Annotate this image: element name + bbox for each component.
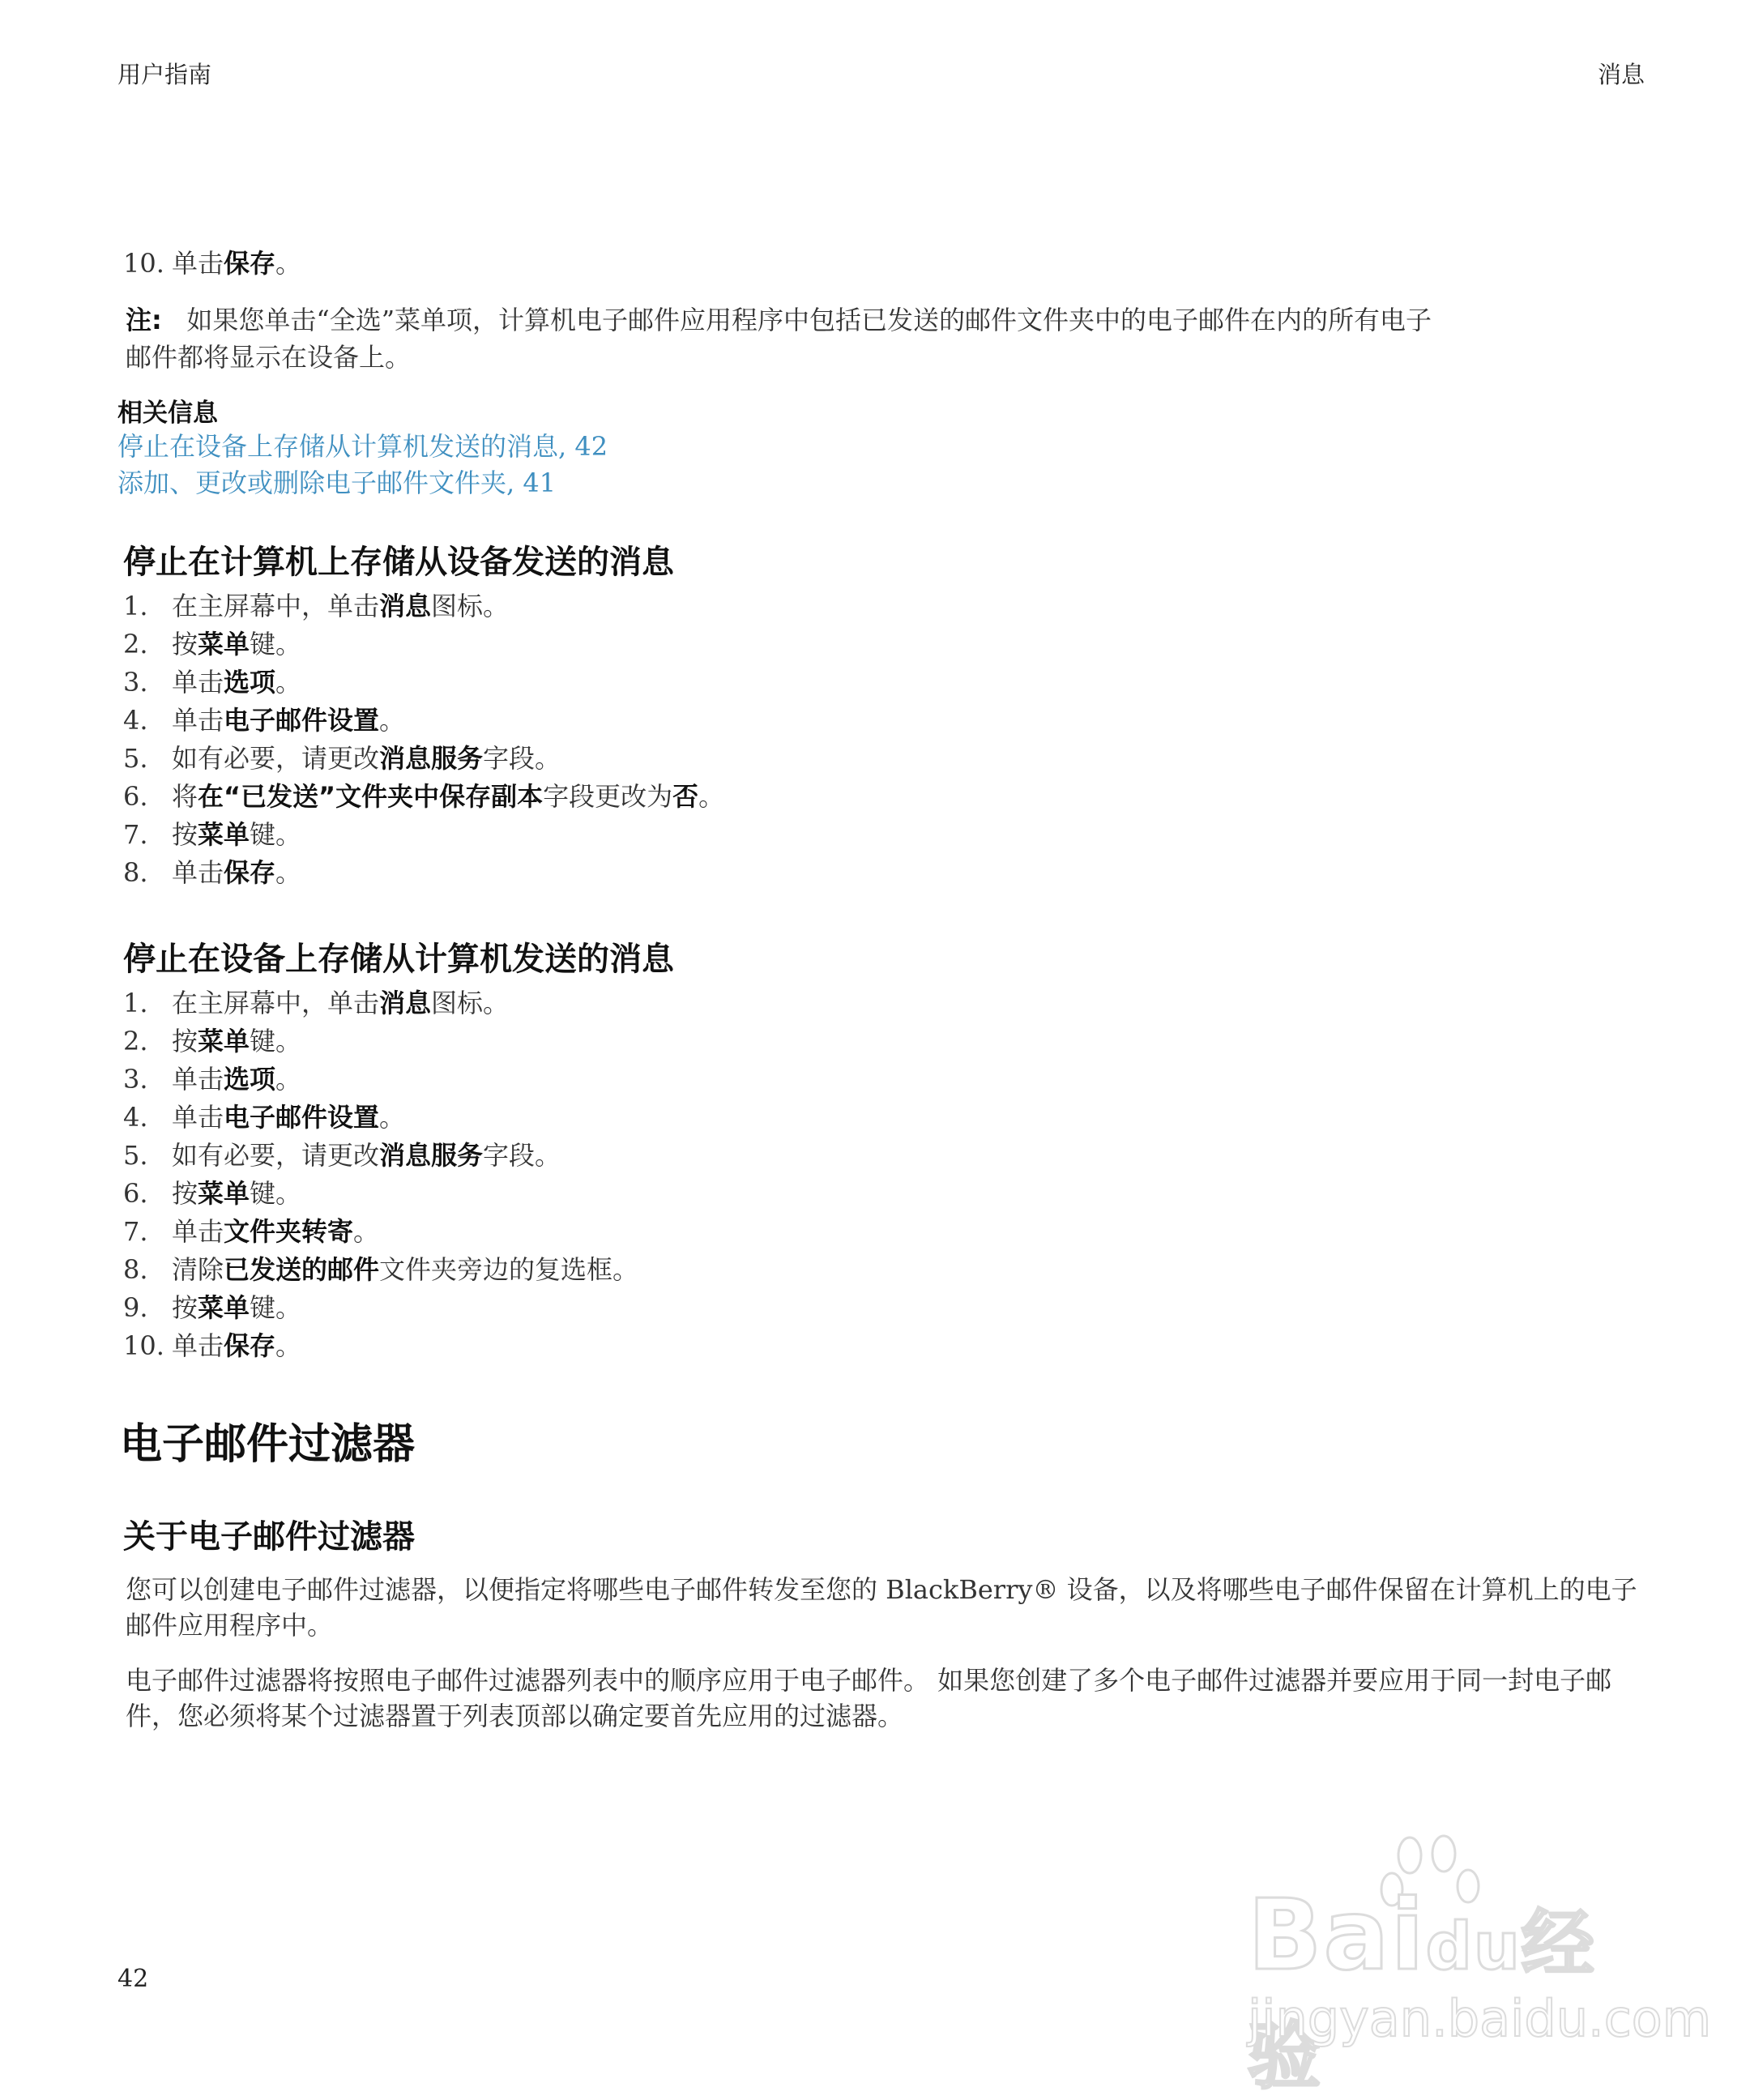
step-text: 键。 xyxy=(250,1178,301,1209)
step-text: 。 xyxy=(275,1064,301,1095)
running-header-right: 消息 xyxy=(1598,57,1645,90)
ui-term: 消息服务 xyxy=(379,743,483,774)
ui-term: 文件夹转寄 xyxy=(224,1216,353,1247)
step-number: 8. xyxy=(123,854,172,891)
ui-term: 电子邮件设置 xyxy=(224,1102,379,1133)
step-text: 单击 xyxy=(172,1102,224,1133)
ui-term: 菜单 xyxy=(198,1178,250,1209)
ui-term: 电子邮件设置 xyxy=(224,705,379,736)
step-number: 10. xyxy=(123,1327,172,1364)
ui-term: 在“已发送”文件夹中保存副本 xyxy=(198,781,543,812)
step-text: 单击 xyxy=(172,667,224,698)
step-item: 10.单击保存。 xyxy=(123,1327,301,1364)
ui-term: 保存 xyxy=(224,1330,275,1361)
step-text: 文件夹旁边的复选框。 xyxy=(379,1254,638,1285)
step-text: 如有必要，请更改 xyxy=(172,743,379,774)
step-text: 单击 xyxy=(172,1064,224,1095)
note: 注: 如果您单击“全选”菜单项，计算机电子邮件应用程序中包括已发送的邮件文件夹中… xyxy=(126,301,1649,376)
step-number: 1. xyxy=(123,587,172,625)
step-item: 9.按菜单键。 xyxy=(123,1289,301,1326)
related-info-title: 相关信息 xyxy=(117,392,218,429)
step-text: 字段。 xyxy=(483,1140,561,1171)
note-label: 注: xyxy=(126,305,162,335)
related-link-stop-on-device[interactable]: 停止在设备上存储从计算机发送的消息, 42 xyxy=(117,426,608,463)
step-item: 1.在主屏幕中，单击消息图标。 xyxy=(123,984,509,1022)
step-text: 。 xyxy=(275,667,301,698)
step-text: 键。 xyxy=(250,1292,301,1323)
step-item: 5.如有必要，请更改消息服务字段。 xyxy=(123,1137,561,1174)
step-text: 按 xyxy=(172,1178,198,1209)
step-text: 。 xyxy=(353,1216,379,1247)
step-number: 5. xyxy=(123,1137,172,1174)
step-text: 键。 xyxy=(250,819,301,850)
ui-term: 菜单 xyxy=(198,1026,250,1056)
step-text: 在主屏幕中，单击 xyxy=(172,591,379,621)
running-header-left: 用户指南 xyxy=(117,57,211,90)
step-text: 图标。 xyxy=(431,591,509,621)
step-item: 1.在主屏幕中，单击消息图标。 xyxy=(123,587,509,625)
step-text: 按 xyxy=(172,1292,198,1323)
step-item: 6.按菜单键。 xyxy=(123,1175,301,1212)
step-text: 字段。 xyxy=(483,743,561,774)
step-item: 7.按菜单键。 xyxy=(123,816,301,853)
step-text: 在主屏幕中，单击 xyxy=(172,988,379,1018)
step-text: 。 xyxy=(698,781,724,812)
step-text: 。 xyxy=(379,705,405,736)
step-number: 7. xyxy=(123,1213,172,1250)
chapter-title-email-filters: 电子邮件过滤器 xyxy=(120,1410,415,1470)
step-text: 单击 xyxy=(172,705,224,736)
step-item: 8.清除已发送的邮件文件夹旁边的复选框。 xyxy=(123,1251,638,1288)
step-number: 3. xyxy=(123,664,172,701)
ui-term: 已发送的邮件 xyxy=(224,1254,379,1285)
step-number: 8. xyxy=(123,1251,172,1288)
step-number: 2. xyxy=(123,625,172,663)
step-item: 7.单击文件夹转寄。 xyxy=(123,1213,379,1250)
step-text: 。 xyxy=(379,1102,405,1133)
ui-term: 消息服务 xyxy=(379,1140,483,1171)
step-text: 按 xyxy=(172,819,198,850)
step-item: 3.单击选项。 xyxy=(123,1061,301,1098)
step-text: 按 xyxy=(172,629,198,659)
step-item: 8.单击保存。 xyxy=(123,854,301,891)
final-step-save: 10.单击保存。 xyxy=(123,245,301,282)
step-number: 6. xyxy=(123,1175,172,1212)
ui-term: 否 xyxy=(672,781,698,812)
step-item: 4.单击电子邮件设置。 xyxy=(123,1099,405,1136)
step-number: 2. xyxy=(123,1022,172,1060)
step-text: 单击 xyxy=(172,1330,224,1361)
step-item: 2.按菜单键。 xyxy=(123,625,301,663)
paragraph-about-1: 您可以创建电子邮件过滤器，以便指定将哪些电子邮件转发至您的 BlackBerry… xyxy=(126,1572,1641,1643)
page-number: 42 xyxy=(117,1965,148,1993)
ui-term: 菜单 xyxy=(198,819,250,850)
step-text: 按 xyxy=(172,1026,198,1056)
step-item: 5.如有必要，请更改消息服务字段。 xyxy=(123,740,561,777)
step-number: 7. xyxy=(123,816,172,853)
step-text: 图标。 xyxy=(431,988,509,1018)
step-item: 3.单击选项。 xyxy=(123,664,301,701)
step-number: 6. xyxy=(123,778,172,815)
ui-term: 选项 xyxy=(224,667,275,698)
step-number: 3. xyxy=(123,1061,172,1098)
step-number: 10. xyxy=(123,245,172,282)
step-text: 如有必要，请更改 xyxy=(172,1140,379,1171)
ui-term: 菜单 xyxy=(198,629,250,659)
paragraph-about-2: 电子邮件过滤器将按照电子邮件过滤器列表中的顺序应用于电子邮件。 如果您创建了多个… xyxy=(126,1662,1641,1734)
section-title-stop-on-device: 停止在设备上存储从计算机发送的消息 xyxy=(123,933,674,980)
section-title-about-email-filters: 关于电子邮件过滤器 xyxy=(123,1511,415,1557)
step-item: 2.按菜单键。 xyxy=(123,1022,301,1060)
step-text: 。 xyxy=(275,857,301,888)
section-title-stop-on-computer: 停止在计算机上存储从设备发送的消息 xyxy=(123,536,674,583)
step-item: 6.将在“已发送”文件夹中保存副本字段更改为否。 xyxy=(123,778,724,815)
step-item: 4.单击电子邮件设置。 xyxy=(123,702,405,739)
ui-term: 保存 xyxy=(224,857,275,888)
step-text: 键。 xyxy=(250,1026,301,1056)
step-text: 键。 xyxy=(250,629,301,659)
note-text-line1: 如果您单击“全选”菜单项，计算机电子邮件应用程序中包括已发送的邮件文件夹中的电子… xyxy=(186,305,1432,335)
ui-term: 消息 xyxy=(379,988,431,1018)
step-number: 9. xyxy=(123,1289,172,1326)
step-text: 将 xyxy=(172,781,198,812)
step-text: 。 xyxy=(275,1330,301,1361)
step-number: 4. xyxy=(123,1099,172,1136)
baidu-jingyan-watermark: Baidu经验 jingyan.baidu.com xyxy=(1248,1831,1620,2050)
ui-term: 保存 xyxy=(224,248,275,279)
step-text: 清除 xyxy=(172,1254,224,1285)
ui-term: 菜单 xyxy=(198,1292,250,1323)
step-number: 4. xyxy=(123,702,172,739)
watermark-url: jingyan.baidu.com xyxy=(1248,1989,1711,2048)
ui-term: 消息 xyxy=(379,591,431,621)
step-text: 字段更改为 xyxy=(543,781,672,812)
related-link-email-folders[interactable]: 添加、更改或删除电子邮件文件夹, 41 xyxy=(117,463,556,500)
step-number: 1. xyxy=(123,984,172,1022)
step-text: 单击 xyxy=(172,1216,224,1247)
ui-term: 选项 xyxy=(224,1064,275,1095)
step-text: 单击 xyxy=(172,857,224,888)
note-text-line2: 邮件都将显示在设备上。 xyxy=(126,339,1649,376)
step-number: 5. xyxy=(123,740,172,777)
